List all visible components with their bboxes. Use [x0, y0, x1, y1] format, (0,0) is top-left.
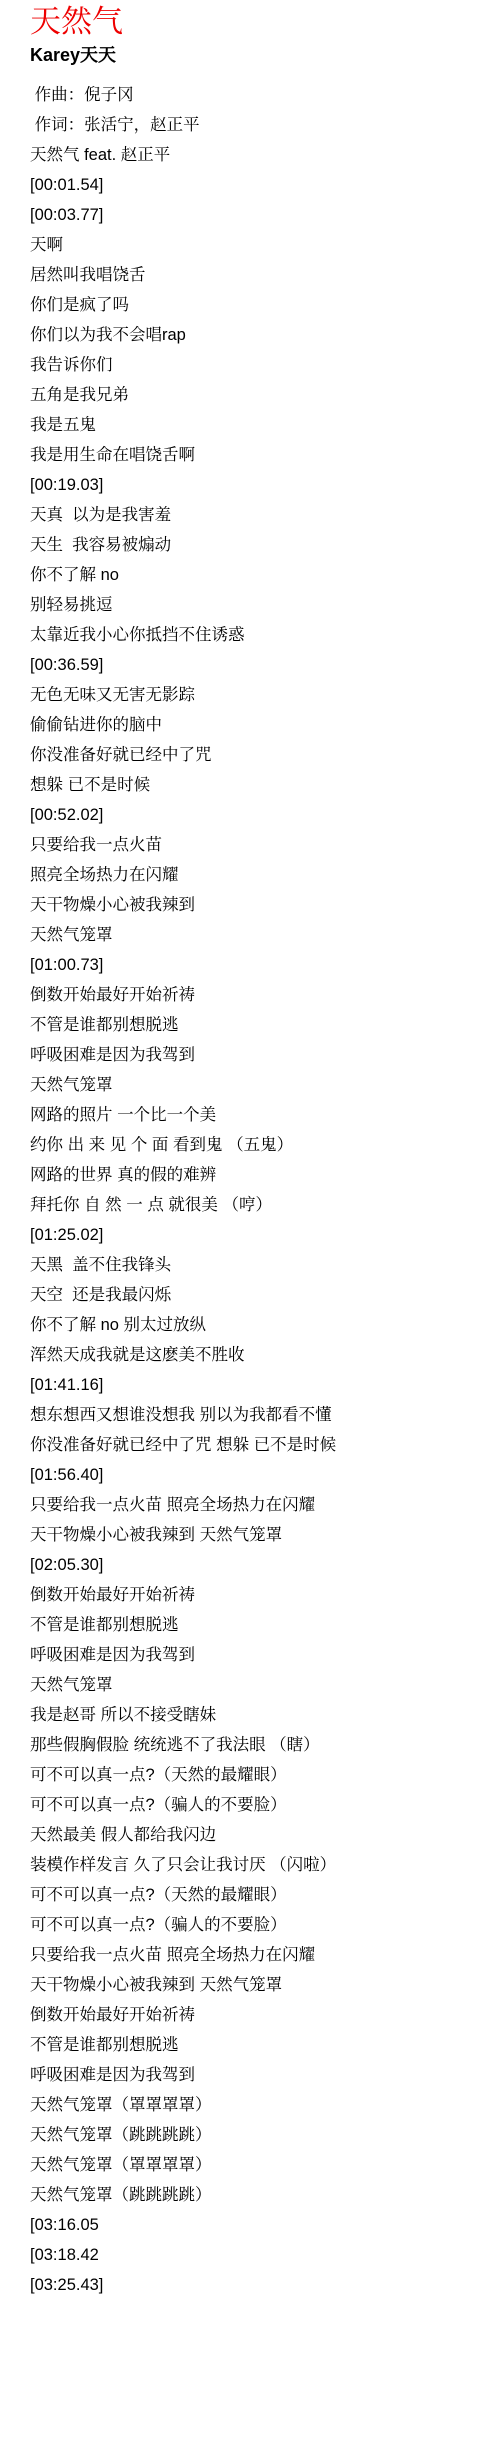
lyric-line: 天然气笼罩（罩罩罩罩） [30, 2090, 480, 2120]
lyric-line: 太靠近我小心你抵挡不住诱惑 [30, 620, 480, 650]
lyric-line: [00:01.54] [30, 170, 480, 200]
lyric-line: 天然气笼罩 [30, 920, 480, 950]
lyric-line: 天黑 盖不住我锋头 [30, 1250, 480, 1280]
lyric-line: 浑然天成我就是这麽美不胜收 [30, 1340, 480, 1370]
lyric-line: 只要给我一点火苗 照亮全场热力在闪耀 [30, 1490, 480, 1520]
artist-name: Karey天天 [30, 44, 480, 66]
lyric-line: [00:36.59] [30, 650, 480, 680]
lyric-line: [03:18.42 [30, 2240, 480, 2270]
lyrics-page: 天然气 Karey天天 作曲：倪子冈 作词：张活宁，赵正平 天然气 feat. … [0, 0, 500, 2440]
lyric-line: 倒数开始最好开始祈祷 [30, 980, 480, 1010]
lyric-line: 我是赵哥 所以不接受瞎妹 [30, 1700, 480, 1730]
lyric-line: 呼吸困难是因为我驾到 [30, 1040, 480, 1070]
lyric-line: 可不可以真一点?（天然的最耀眼） [30, 1880, 480, 1910]
lyric-line: 居然叫我唱饶舌 [30, 260, 480, 290]
lyric-line: 天干物燥小心被我辣到 天然气笼罩 [30, 1970, 480, 2000]
lyric-line: 天然气笼罩（罩罩罩罩） [30, 2150, 480, 2180]
lyric-line: 你们是疯了吗 [30, 290, 480, 320]
page-title: 天然气 [30, 5, 480, 40]
lyric-line: 想躲 已不是时候 [30, 770, 480, 800]
lyric-line: 可不可以真一点?（骗人的不要脸） [30, 1790, 480, 1820]
lyric-line: 可不可以真一点?（骗人的不要脸） [30, 1910, 480, 1940]
lyric-line: 无色无味又无害无影踪 [30, 680, 480, 710]
lyric-line: 天然最美 假人都给我闪边 [30, 1820, 480, 1850]
lyric-line: 我告诉你们 [30, 350, 480, 380]
lyric-line: 五角是我兄弟 [30, 380, 480, 410]
lyric-line: 天啊 [30, 230, 480, 260]
lyric-line: [00:52.02] [30, 800, 480, 830]
lyric-line: [03:16.05 [30, 2210, 480, 2240]
lyric-line: 只要给我一点火苗 [30, 830, 480, 860]
lyric-line: 天然气笼罩 [30, 1070, 480, 1100]
lyric-line: 你们以为我不会唱rap [30, 320, 480, 350]
lyric-line: 你没准备好就已经中了咒 想躲 已不是时候 [30, 1430, 480, 1460]
lyric-line: 天空 还是我最闪烁 [30, 1280, 480, 1310]
lyric-line: 装模作样发言 久了只会让我讨厌 （闪啦） [30, 1850, 480, 1880]
lyric-line: [03:25.43] [30, 2270, 480, 2300]
lyric-line: 呼吸困难是因为我驾到 [30, 2060, 480, 2090]
lyric-line: 不管是谁都别想脱逃 [30, 2030, 480, 2060]
lyric-line: [00:19.03] [30, 470, 480, 500]
lyric-line: [02:05.30] [30, 1550, 480, 1580]
lyric-line: 你不了解 no 别太过放纵 [30, 1310, 480, 1340]
lyric-line: 你不了解 no [30, 560, 480, 590]
lyric-line: 天然气笼罩 [30, 1670, 480, 1700]
lyric-line: [01:25.02] [30, 1220, 480, 1250]
lyric-line: 约你 出 来 见 个 面 看到鬼 （五鬼） [30, 1130, 480, 1160]
lyric-line: 不管是谁都别想脱逃 [30, 1010, 480, 1040]
composer-credit: 作曲：倪子冈 [30, 80, 480, 110]
lyric-line: 倒数开始最好开始祈祷 [30, 1580, 480, 1610]
lyric-line: 天然气 feat. 赵正平 [30, 140, 480, 170]
lyric-line: 网路的照片 一个比一个美 [30, 1100, 480, 1130]
lyric-line: 那些假胸假脸 统统逃不了我法眼 （瞎） [30, 1730, 480, 1760]
lyric-line: 天生 我容易被煽动 [30, 530, 480, 560]
lyric-line: [00:03.77] [30, 200, 480, 230]
lyric-line: 我是用生命在唱饶舌啊 [30, 440, 480, 470]
lyric-line: 天干物燥小心被我辣到 天然气笼罩 [30, 1520, 480, 1550]
lyric-line: 你没准备好就已经中了咒 [30, 740, 480, 770]
lyric-line: [01:56.40] [30, 1460, 480, 1490]
lyric-line: 只要给我一点火苗 照亮全场热力在闪耀 [30, 1940, 480, 1970]
lyric-line: 偷偷钻进你的脑中 [30, 710, 480, 740]
lyric-line: 可不可以真一点?（天然的最耀眼） [30, 1760, 480, 1790]
lyricist-credit: 作词：张活宁，赵正平 [30, 110, 480, 140]
lyric-line: 想东想西又想谁没想我 别以为我都看不懂 [30, 1400, 480, 1430]
lyric-line: 不管是谁都别想脱逃 [30, 1610, 480, 1640]
lyric-line: [01:41.16] [30, 1370, 480, 1400]
lyrics-block: 作曲：倪子冈 作词：张活宁，赵正平 天然气 feat. 赵正平[00:01.54… [30, 80, 480, 2300]
lyric-line: 天干物燥小心被我辣到 [30, 890, 480, 920]
lyric-line: 我是五鬼 [30, 410, 480, 440]
lyric-line: 网路的世界 真的假的难辨 [30, 1160, 480, 1190]
lyric-line: 天然气笼罩（跳跳跳跳） [30, 2180, 480, 2210]
lyric-line: 呼吸困难是因为我驾到 [30, 1640, 480, 1670]
lyrics-list: 天然气 feat. 赵正平[00:01.54][00:03.77]天啊居然叫我唱… [30, 140, 480, 2300]
lyric-line: 拜托你 自 然 一 点 就很美 （哼） [30, 1190, 480, 1220]
lyric-line: 照亮全场热力在闪耀 [30, 860, 480, 890]
lyric-line: 倒数开始最好开始祈祷 [30, 2000, 480, 2030]
lyric-line: [01:00.73] [30, 950, 480, 980]
lyric-line: 天真 以为是我害羞 [30, 500, 480, 530]
lyric-line: 别轻易挑逗 [30, 590, 480, 620]
lyric-line: 天然气笼罩（跳跳跳跳） [30, 2120, 480, 2150]
